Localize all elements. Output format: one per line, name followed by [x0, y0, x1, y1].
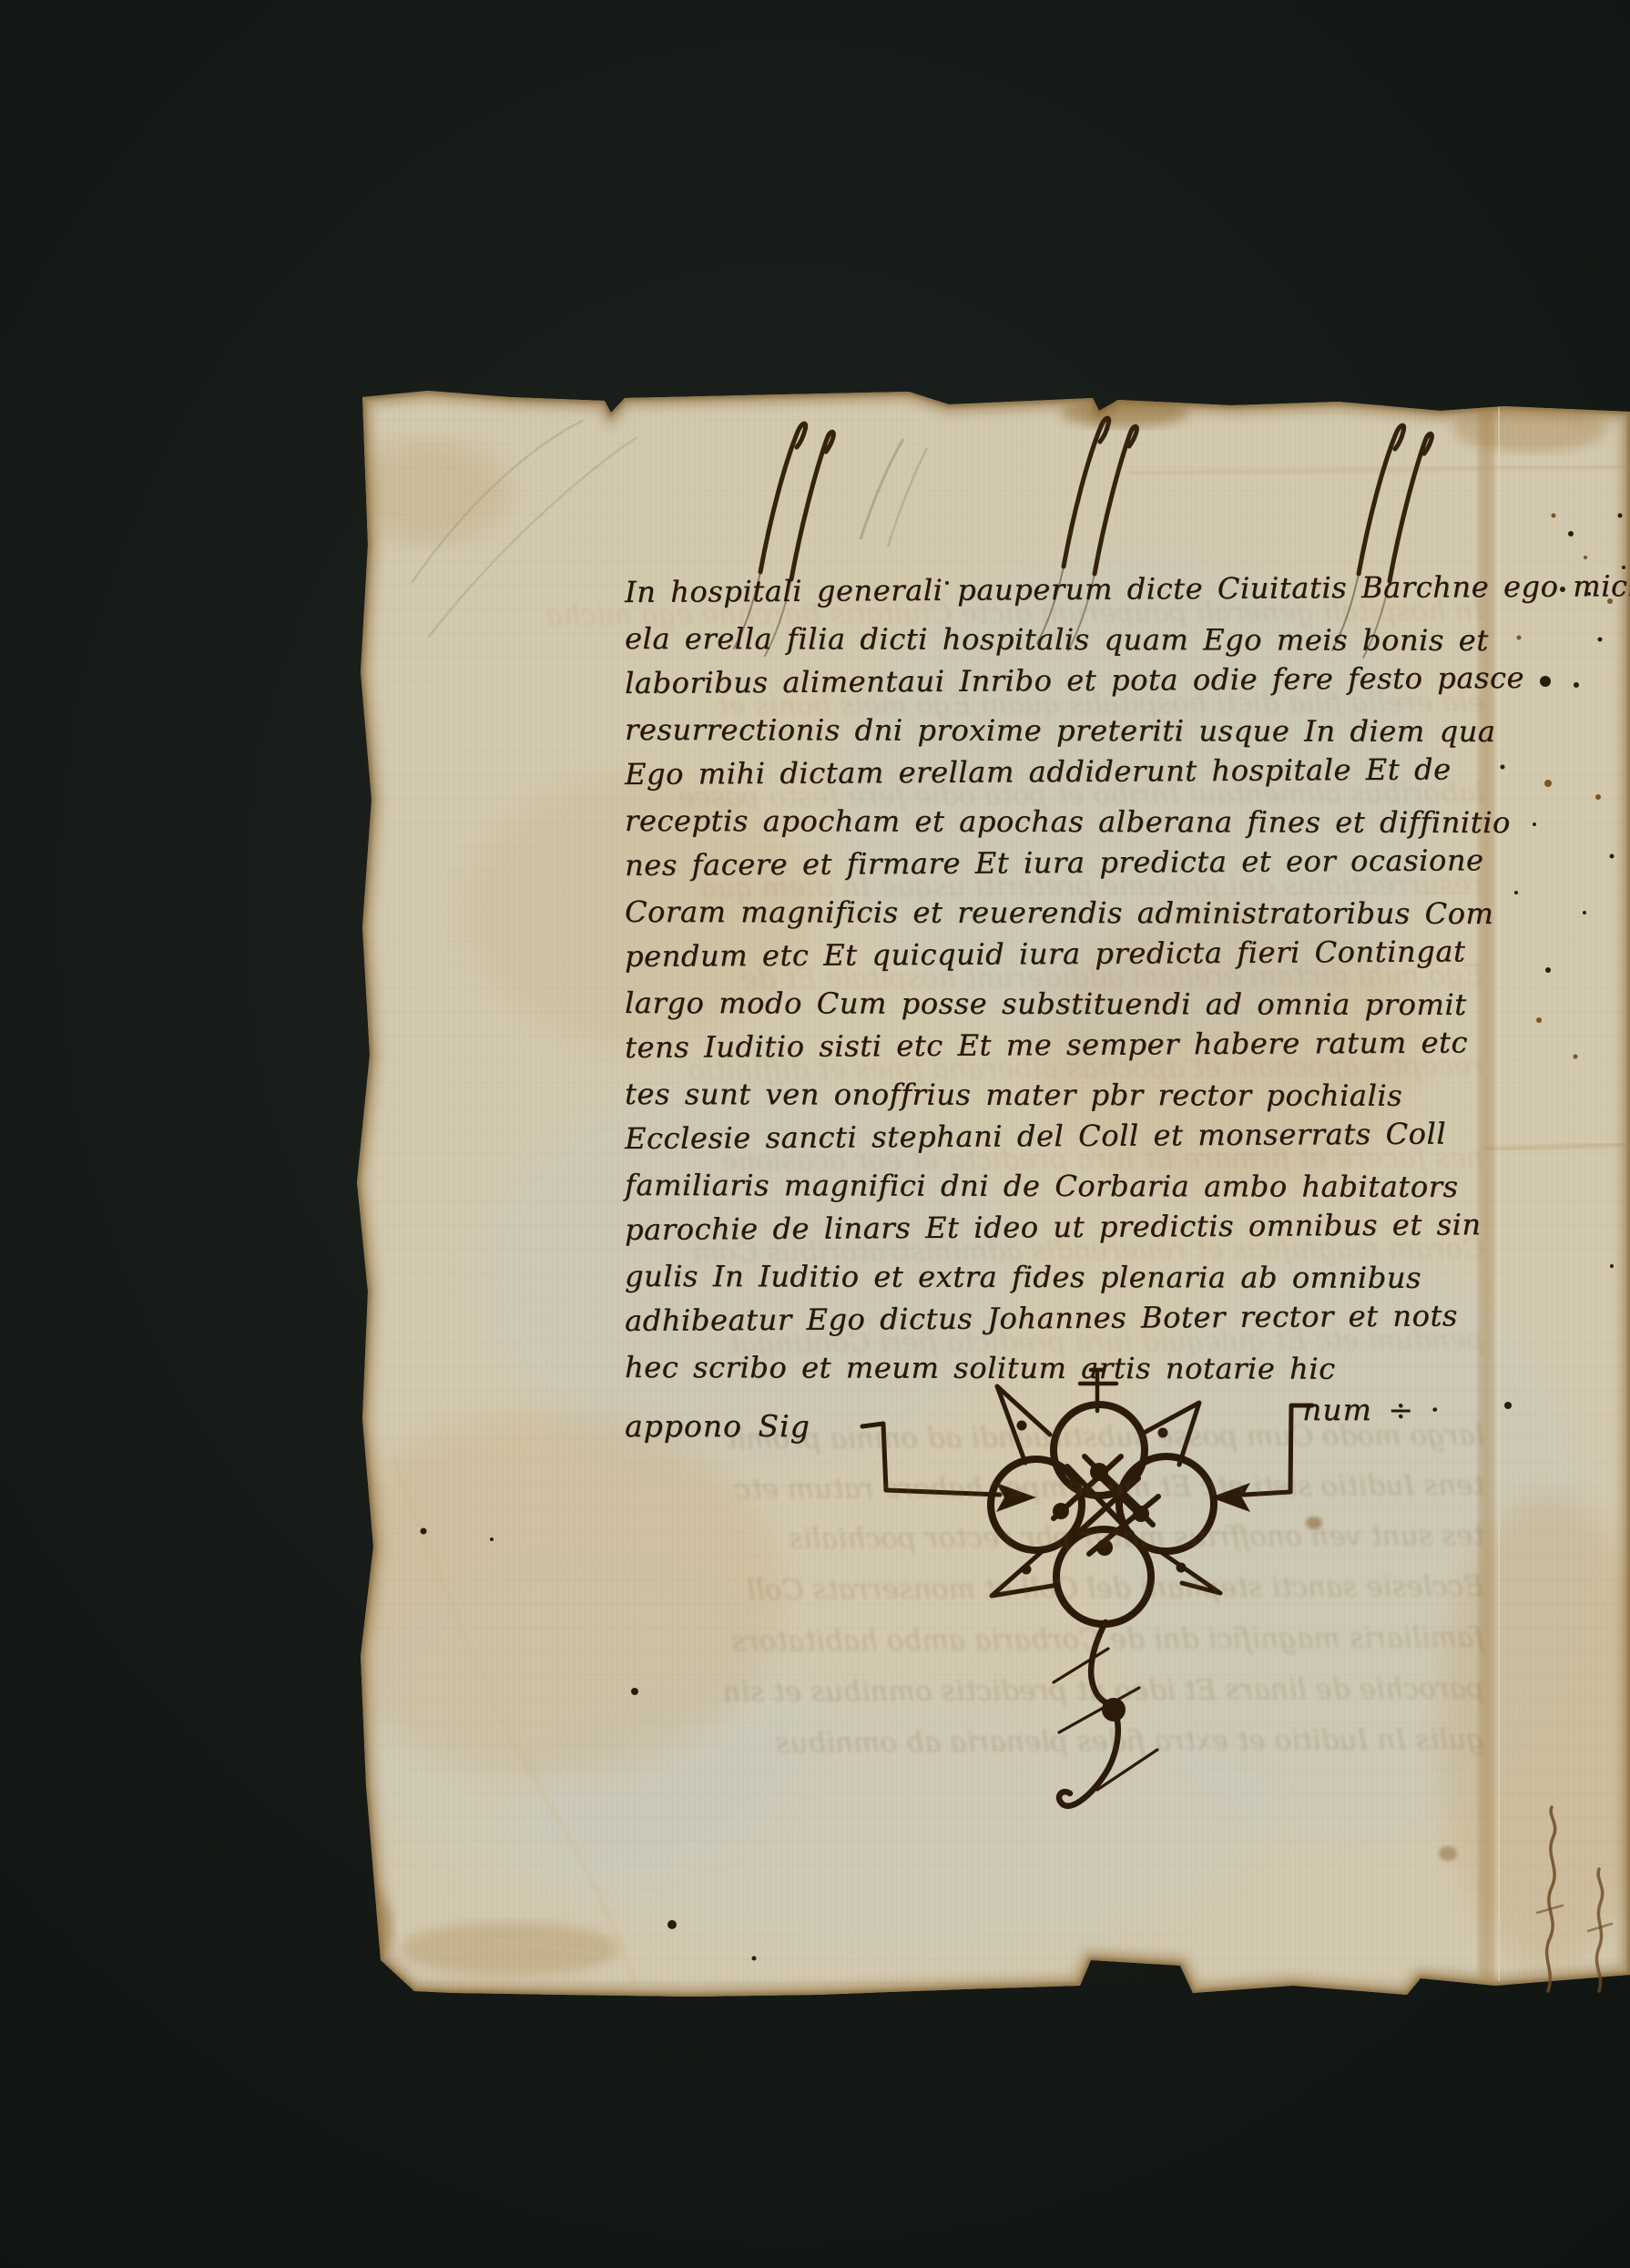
ink-dot [1504, 1402, 1512, 1409]
manuscript-artwork [0, 0, 1630, 2268]
photograph-background: In hospitali generali pauperum dicte Ciu… [0, 0, 1630, 2268]
